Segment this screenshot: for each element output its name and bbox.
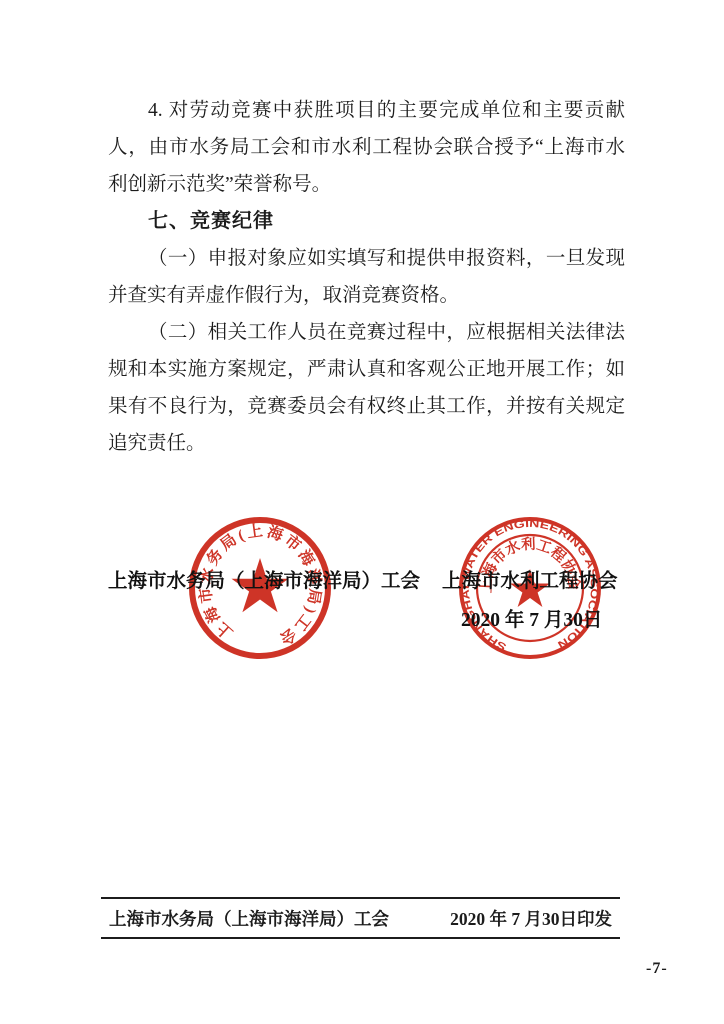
document-line: 4. 对劳动竞赛中获胜项目的主要完成单位和主要贡献 (108, 92, 625, 129)
page-number: -7- (646, 960, 668, 978)
document-line: 人，由市水务局工会和市水利工程协会联合授予“上海市水 (108, 129, 625, 166)
document-line: （一）申报对象应如实填写和提供申报资料，一旦发现 (108, 240, 625, 277)
document-body: 4. 对劳动竞赛中获胜项目的主要完成单位和主要贡献人，由市水务局工会和市水利工程… (108, 92, 625, 462)
document-line: 果有不良行为，竞赛委员会有权终止其工作，并按有关规定 (108, 388, 625, 425)
document-page: 4. 对劳动竞赛中获胜项目的主要完成单位和主要贡献人，由市水务局工会和市水利工程… (0, 0, 724, 1024)
document-line: 利创新示范奖”荣誉称号。 (108, 166, 625, 203)
footer-print-date: 2020 年 7 月30日印发 (450, 906, 612, 931)
signature-date: 2020 年 7 月30日 (461, 609, 602, 633)
signature-right-org: 上海市水利工程协会 (442, 570, 618, 594)
document-line: 规和本实施方案规定，严肃认真和客观公正地开展工作；如 (108, 351, 625, 388)
signature-left-org: 上海市水务局（上海市海洋局）工会 (108, 570, 420, 594)
document-line: 并查实有弄虚作假行为，取消竞赛资格。 (108, 277, 625, 314)
footer-issuer: 上海市水务局（上海市海洋局）工会 (109, 906, 389, 931)
document-line: 追究责任。 (108, 425, 625, 462)
footer-bar: 上海市水务局（上海市海洋局）工会 2020 年 7 月30日印发 (101, 897, 620, 939)
document-line: （二）相关工作人员在竞赛过程中，应根据相关法律法 (108, 314, 625, 351)
section-heading: 七、竞赛纪律 (108, 203, 625, 240)
